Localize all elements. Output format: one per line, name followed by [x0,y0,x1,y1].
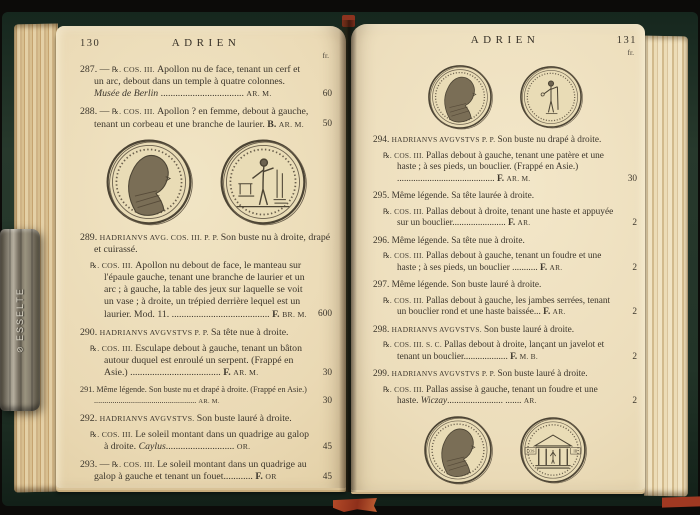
entry-text: 293. — ℞. COS. III. Le soleil montant da… [80,459,312,483]
coin-illustrations [80,138,332,226]
entry-text: ℞. COS. III. Apollon nu debout de face, … [80,260,312,321]
clip-brand-text: ESSELTE [15,287,25,341]
page-title: ADRIEN [114,37,298,51]
entry-price: 30 [312,395,332,407]
entry-text: 295. Même légende. Sa tête laurée à droi… [373,191,637,203]
entry-price: 2 [617,218,637,230]
coin-reverse-pallas-standing [519,65,583,129]
catalog-entry: ℞. COS. III. S. C. Pallas debout à droit… [373,340,637,363]
svg-text:III: III [573,448,578,453]
catalog-entry: ℞. COS. III. Pallas assise à gauche, ten… [373,385,637,408]
entry-text: 289. HADRIANVS AVG. COS. III. P. P. Son … [80,232,332,256]
clip-brand-label: ⊘ ESSELTE [0,229,40,411]
left-page-header: 130 ADRIEN [80,37,332,51]
coin-reverse-pallas-temple: COSIII [519,416,587,484]
catalog-entry: 293. — ℞. COS. III. Le soleil montant da… [80,459,332,483]
entry-text: 294. HADRIANVS AVGVSTVS P. P. Son buste … [373,135,637,147]
entry-text: 290. HADRIANVS AVGVSTVS P. P. Sa tête nu… [80,327,332,339]
left-page: 130 ADRIEN fr. 287. — ℞. COS. III. Apoll… [56,26,346,488]
bookmark-ribbon-end [662,496,700,507]
coin-obverse-hadrian-bust [105,138,193,226]
catalog-entry: 288. — ℞. COS. III. Apollon ? en femme, … [80,106,332,130]
entry-text: 288. — ℞. COS. III. Apollon ? en femme, … [80,106,312,130]
entry-text: 298. HADRIANVS AVGVSTVS. Son buste lauré… [373,325,637,337]
entry-text: 296. Même légende. Sa tête nue à droite. [373,236,637,248]
catalog-entry: 296. Même légende. Sa tête nue à droite. [373,236,637,248]
entry-text: ℞. COS. III. Le soleil montant dans un q… [80,429,312,453]
entry-text: 291. Même légende. Son buste nu et drapé… [80,385,312,406]
entry-text: 287. — ℞. COS. III. Apollon nu de face, … [80,64,312,100]
entry-price: 2 [617,263,637,275]
entry-price: 45 [312,472,332,484]
entry-text: ℞. COS. III. Pallas assise à gauche, ten… [373,385,617,408]
catalog-entry: ℞. COS. III. Le soleil montant dans un q… [80,429,332,453]
coin-illustrations: COSIII [373,415,637,485]
catalog-entry: 295. Même légende. Sa tête laurée à droi… [373,191,637,203]
catalog-entry: 298. HADRIANVS AVGVSTVS. Son buste lauré… [373,325,637,337]
entry-price: 30 [312,368,332,380]
catalog-entry: 294. HADRIANVS AVGVSTVS P. P. Son buste … [373,135,637,147]
entry-price: 45 [312,442,332,454]
entry-text: ℞. COS. III. S. C. Pallas debout à droit… [373,340,617,363]
catalog-entry: 299. HADRIANVS AVGVSTVS P. P. Son buste … [373,369,637,381]
catalog-entry: ℞. COS. III. Pallas debout à gauche, ten… [373,251,637,274]
right-page-header: ADRIEN 131 [373,34,637,48]
esselte-logo-icon: ⊘ [16,345,25,354]
catalog-entries: 294. HADRIANVS AVGVSTVS P. P. Son buste … [373,64,637,490]
entry-price: 2 [617,352,637,364]
catalog-entries: 287. — ℞. COS. III. Apollon nu de face, … [80,64,332,483]
entry-price: 50 [312,119,332,131]
bookmark-ribbon [333,498,377,512]
coin-reverse-apollo-standing [219,138,307,226]
catalog-entry: 292. HADRIANVS AVGVSTVS. Son buste lauré… [80,413,332,425]
entry-price: 600 [312,309,332,321]
page-number: 130 [80,37,114,50]
svg-text:COS: COS [527,448,536,453]
book-photo: 130 ADRIEN fr. 287. — ℞. COS. III. Apoll… [0,0,700,515]
entry-text: 299. HADRIANVS AVGVSTVS P. P. Son buste … [373,369,637,381]
right-page: ADRIEN 131 fr. 294. HADRIANVS AVGVSTVS P… [351,24,645,490]
catalog-entry: ℞. COS. III. Pallas debout à droite, ten… [373,207,637,230]
entry-text: ℞. COS. III. Pallas debout à droite, ten… [373,207,617,230]
entry-price: 2 [617,307,637,319]
right-fore-edge [644,36,688,497]
catalog-entry: 287. — ℞. COS. III. Apollon nu de face, … [80,64,332,100]
entry-text: 297. Même légende. Son buste lauré à dro… [373,280,637,292]
entry-price: 60 [312,89,332,101]
coin-obverse-hadrian-bust [423,415,493,485]
catalog-entry: ℞. COS. III. Apollon nu debout de face, … [80,260,332,321]
book-clip: ⊘ ESSELTE [0,229,40,411]
entry-text: ℞. COS. III. Esculape debout à gauche, t… [80,343,312,379]
coin-illustrations [373,64,637,130]
catalog-entry: 291. Même légende. Son buste nu et drapé… [80,385,332,406]
catalog-entry: 290. HADRIANVS AVGVSTVS P. P. Sa tête nu… [80,327,332,339]
catalog-entry: ℞. COS. III. Pallas debout à gauche, ten… [373,151,637,186]
entry-price: 2 [617,396,637,408]
page-number: 131 [603,34,637,47]
entry-text: ℞. COS. III. Pallas debout à gauche, les… [373,296,617,319]
catalog-entry: ℞. COS. III. Esculape debout à gauche, t… [80,343,332,379]
currency-label: fr. [80,51,329,60]
entry-price: 30 [617,174,637,186]
entry-text: 292. HADRIANVS AVGVSTVS. Son buste lauré… [80,413,332,425]
entry-text: ℞. COS. III. Pallas debout à gauche, ten… [373,151,617,186]
catalog-entry: ℞. COS. III. Pallas debout à gauche, les… [373,296,637,319]
page-title: ADRIEN [407,34,603,48]
coin-obverse-hadrian-bust [427,64,493,130]
catalog-entry: 297. Même légende. Son buste lauré à dro… [373,280,637,292]
entry-text: ℞. COS. III. Pallas debout à gauche, ten… [373,251,617,274]
currency-label: fr. [373,48,634,57]
catalog-entry: 289. HADRIANVS AVG. COS. III. P. P. Son … [80,232,332,256]
